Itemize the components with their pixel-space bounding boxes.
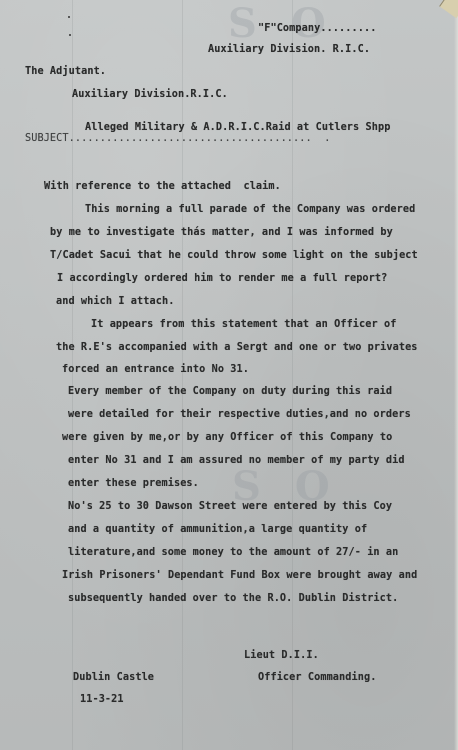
body-line: This morning a full parade of the Compan… <box>85 204 415 215</box>
body-line: Irish Prisoners' Dependant Fund Box were… <box>62 570 417 581</box>
body-line: subsequently handed over to the R.O. Dub… <box>68 593 398 604</box>
paper-crease <box>292 0 293 750</box>
header-company: "F"Company......... <box>258 23 376 34</box>
subject-label: SUBJECT.................................… <box>25 133 330 144</box>
body-line: the R.E's accompanied with a Sergt and o… <box>56 342 418 353</box>
body-line: No's 25 to 30 Dawson Street were entered… <box>68 501 392 512</box>
document-page: S O S O "F"Company......... Auxiliary Di… <box>0 0 458 750</box>
signature-role: Officer Commanding. <box>258 672 376 683</box>
body-line: were detailed for their respective dutie… <box>68 409 411 420</box>
body-line: enter these premises. <box>68 478 199 489</box>
addressee-unit: Auxiliary Division.R.I.C. <box>72 89 228 100</box>
body-line: With reference to the attached claim. <box>44 181 281 192</box>
body-line: forced an entrance into No 31. <box>62 364 249 375</box>
ink-speck <box>68 16 70 18</box>
addressee-title: The Adjutant. <box>25 66 106 77</box>
body-line: Every member of the Company on duty duri… <box>68 386 392 397</box>
header-unit: Auxiliary Division. R.I.C. <box>208 44 370 55</box>
subject-text: Alleged Military & A.D.R.I.C.Raid at Cut… <box>85 122 390 133</box>
body-line: and a quantity of ammunition,a large qua… <box>68 524 367 535</box>
signature-rank: Lieut D.I.I. <box>244 650 319 661</box>
place-of-origin: Dublin Castle <box>73 672 154 683</box>
body-line: It appears from this statement that an O… <box>91 319 396 330</box>
body-line: T/Cadet Sacui that he could throw some l… <box>50 250 418 261</box>
body-line: and which I attach. <box>56 296 174 307</box>
body-line: enter No 31 and I am assured no member o… <box>68 455 405 466</box>
body-line: by me to investigate thás matter, and I … <box>50 227 393 238</box>
paper-crease <box>72 0 73 750</box>
document-date: 11-3-21 <box>80 694 124 705</box>
paper-crease <box>182 0 183 750</box>
body-line: I accordingly ordered him to render me a… <box>57 273 387 284</box>
paper-edge <box>454 0 458 750</box>
paper-corner-tab <box>439 0 458 18</box>
body-line: were given by me,or by any Officer of th… <box>62 432 392 443</box>
ink-speck <box>69 34 71 36</box>
body-line: literature,and some money to the amount … <box>68 547 398 558</box>
